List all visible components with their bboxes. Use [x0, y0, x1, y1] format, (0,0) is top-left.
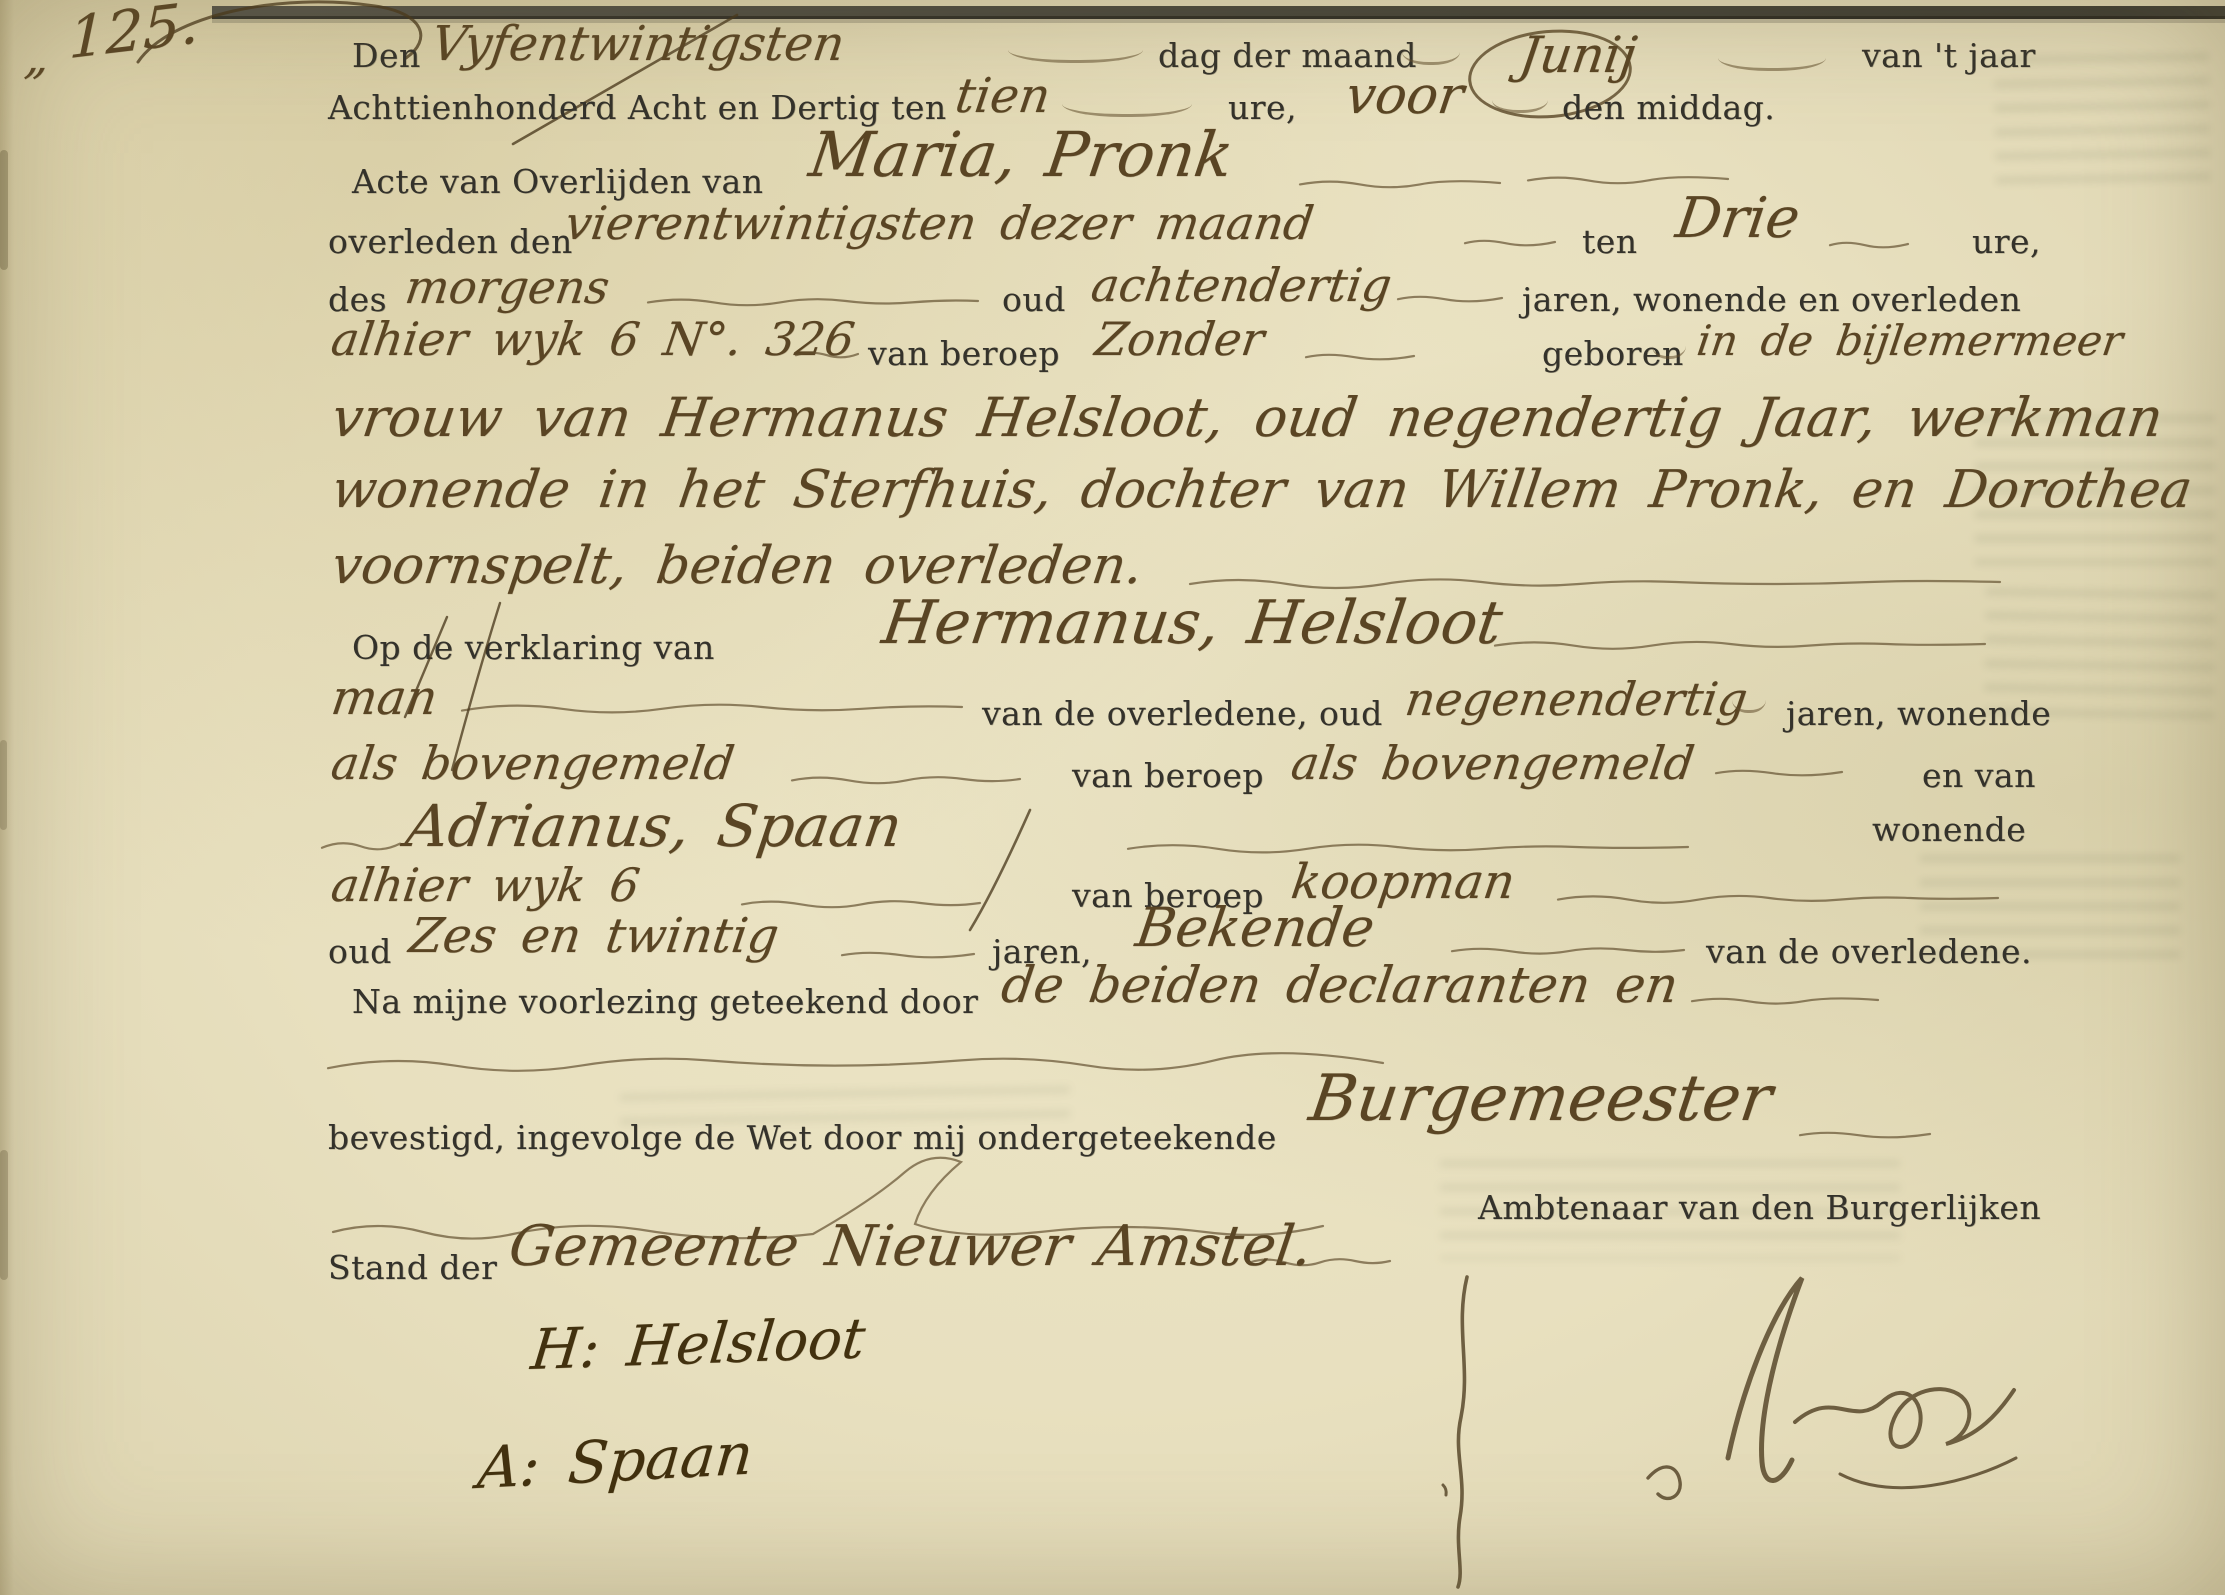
printed-label: overleden den [328, 222, 573, 261]
ink-filler-line [1062, 104, 1192, 117]
printed-label: jaren, wonende en overleden [1522, 280, 2021, 319]
hw-body-line: voornspelt, beiden overleden. [328, 536, 1147, 596]
printed-label: bevestigd, ingevolge de Wet door mij ond… [328, 1118, 1277, 1157]
printed-label: ure, [1228, 88, 1297, 127]
hw-declarant1-age: negenendertig [1402, 672, 1751, 726]
hw-address: alhier wyk 6 N°. 326 [328, 312, 858, 366]
hw-body-line: wonende in het Sterfhuis, dochter van Wi… [328, 460, 2196, 520]
hw-daypart: morgens [402, 260, 613, 314]
ink-filler-line [1830, 238, 1908, 250]
ink-filler-line [1398, 292, 1502, 304]
ink-filler-line [1692, 994, 1878, 1006]
hw-age: achtendertig [1088, 258, 1395, 312]
hw-voor-na: voor [1342, 66, 1467, 126]
hw-declarant2-age: Zes en twintig [406, 908, 782, 964]
ink-filler-line [1250, 1254, 1390, 1268]
quote-mark: „ [22, 30, 53, 84]
ink-filler-line [796, 348, 858, 360]
official-signature [1590, 1262, 2030, 1552]
ink-strike-line [328, 1050, 1383, 1076]
hw-hour: tien [952, 68, 1054, 124]
printed-label: wonende [1872, 810, 2026, 849]
edge-mark [0, 1150, 8, 1280]
printed-label: Stand der [328, 1248, 497, 1287]
signature-declarant1: H: Helsloot [528, 1306, 868, 1383]
printed-label: van 't jaar [1862, 36, 2036, 75]
printed-label: oud [1002, 280, 1066, 319]
hw-declarant1-name: Hermanus, Helsloot [878, 588, 1507, 658]
printed-label: van de overledene. [1706, 932, 2032, 971]
ink-filler-line [1452, 944, 1684, 956]
hw-declarant1-residence: als bovengemeld [328, 736, 738, 790]
printed-label: Den [352, 36, 421, 75]
hw-official-title: Burgemeester [1305, 1062, 1777, 1136]
ink-filler-line [1495, 636, 1985, 652]
ink-filler-line [1718, 58, 1826, 71]
hw-occupation: Zonder [1092, 312, 1268, 366]
edge-mark [0, 740, 7, 830]
hw-municipality: Gemeente Nieuwer Amstel. [505, 1214, 1316, 1279]
hw-month: Junij [1516, 26, 1640, 84]
edge-mark [0, 150, 8, 270]
ink-filler-line [1558, 890, 1998, 906]
printed-label: en van [1922, 756, 2036, 795]
printed-label: van beroep [868, 334, 1060, 373]
printed-label: ten [1582, 222, 1638, 261]
paper-edge [0, 0, 14, 1595]
printed-label: den middag. [1562, 88, 1775, 127]
death-certificate-scan: „ 125. Den Vyfentwintigsten dag der maan… [0, 0, 2225, 1595]
printed-label: Na mijne voorlezing geteekend door [352, 982, 978, 1021]
hw-day-of-month: Vyfentwintigsten [428, 16, 848, 72]
printed-label: van de overledene, oud [982, 694, 1383, 733]
ink-filler-line [322, 838, 400, 852]
printed-label: oud [328, 932, 392, 971]
hw-death-hour: Drie [1672, 186, 1804, 251]
signature-declarant2: A: Spaan [475, 1420, 756, 1502]
hw-birthplace: in de bijlemermeer [1694, 316, 2126, 365]
hw-declarant1-occupation: als bovengemeld [1288, 736, 1698, 790]
hw-deceased-name: Maria, Pronk [805, 118, 1238, 191]
hw-declarant2-name: Adrianus, Spaan [402, 792, 906, 860]
printed-label: jaren, wonende [1786, 694, 2051, 733]
ink-filler-line [1306, 350, 1414, 362]
ink-filler-line [1800, 1128, 1930, 1140]
ink-filler-line [1528, 172, 1728, 186]
hw-relation-to-deceased: Bekende [1132, 896, 1378, 959]
ink-filler-line [1716, 766, 1842, 778]
hw-death-date: vierentwintigsten dezer maand [562, 196, 1317, 250]
hw-body-line: vrouw van Hermanus Helsloot, oud negende… [328, 386, 2167, 449]
hw-relation: man [328, 670, 441, 726]
printed-label: ure, [1972, 222, 2041, 261]
hw-signed-by: de beiden declaranten en [998, 956, 1682, 1014]
printed-label: van beroep [1072, 756, 1264, 795]
vertical-flourish [1425, 1275, 1495, 1590]
ink-filler-line [1465, 236, 1555, 248]
ink-filler-line [792, 772, 1020, 786]
ink-filler-line [842, 948, 974, 960]
ink-filler-line [1008, 50, 1143, 63]
pen-slash [960, 805, 1040, 935]
ink-filler-line [648, 294, 978, 308]
ink-filler-line [1300, 176, 1500, 190]
hw-declarant2-residence: alhier wyk 6 [328, 858, 643, 912]
printed-label: Ambtenaar van den Burgerlijken [1478, 1188, 2041, 1227]
ink-filler-line [462, 698, 962, 716]
